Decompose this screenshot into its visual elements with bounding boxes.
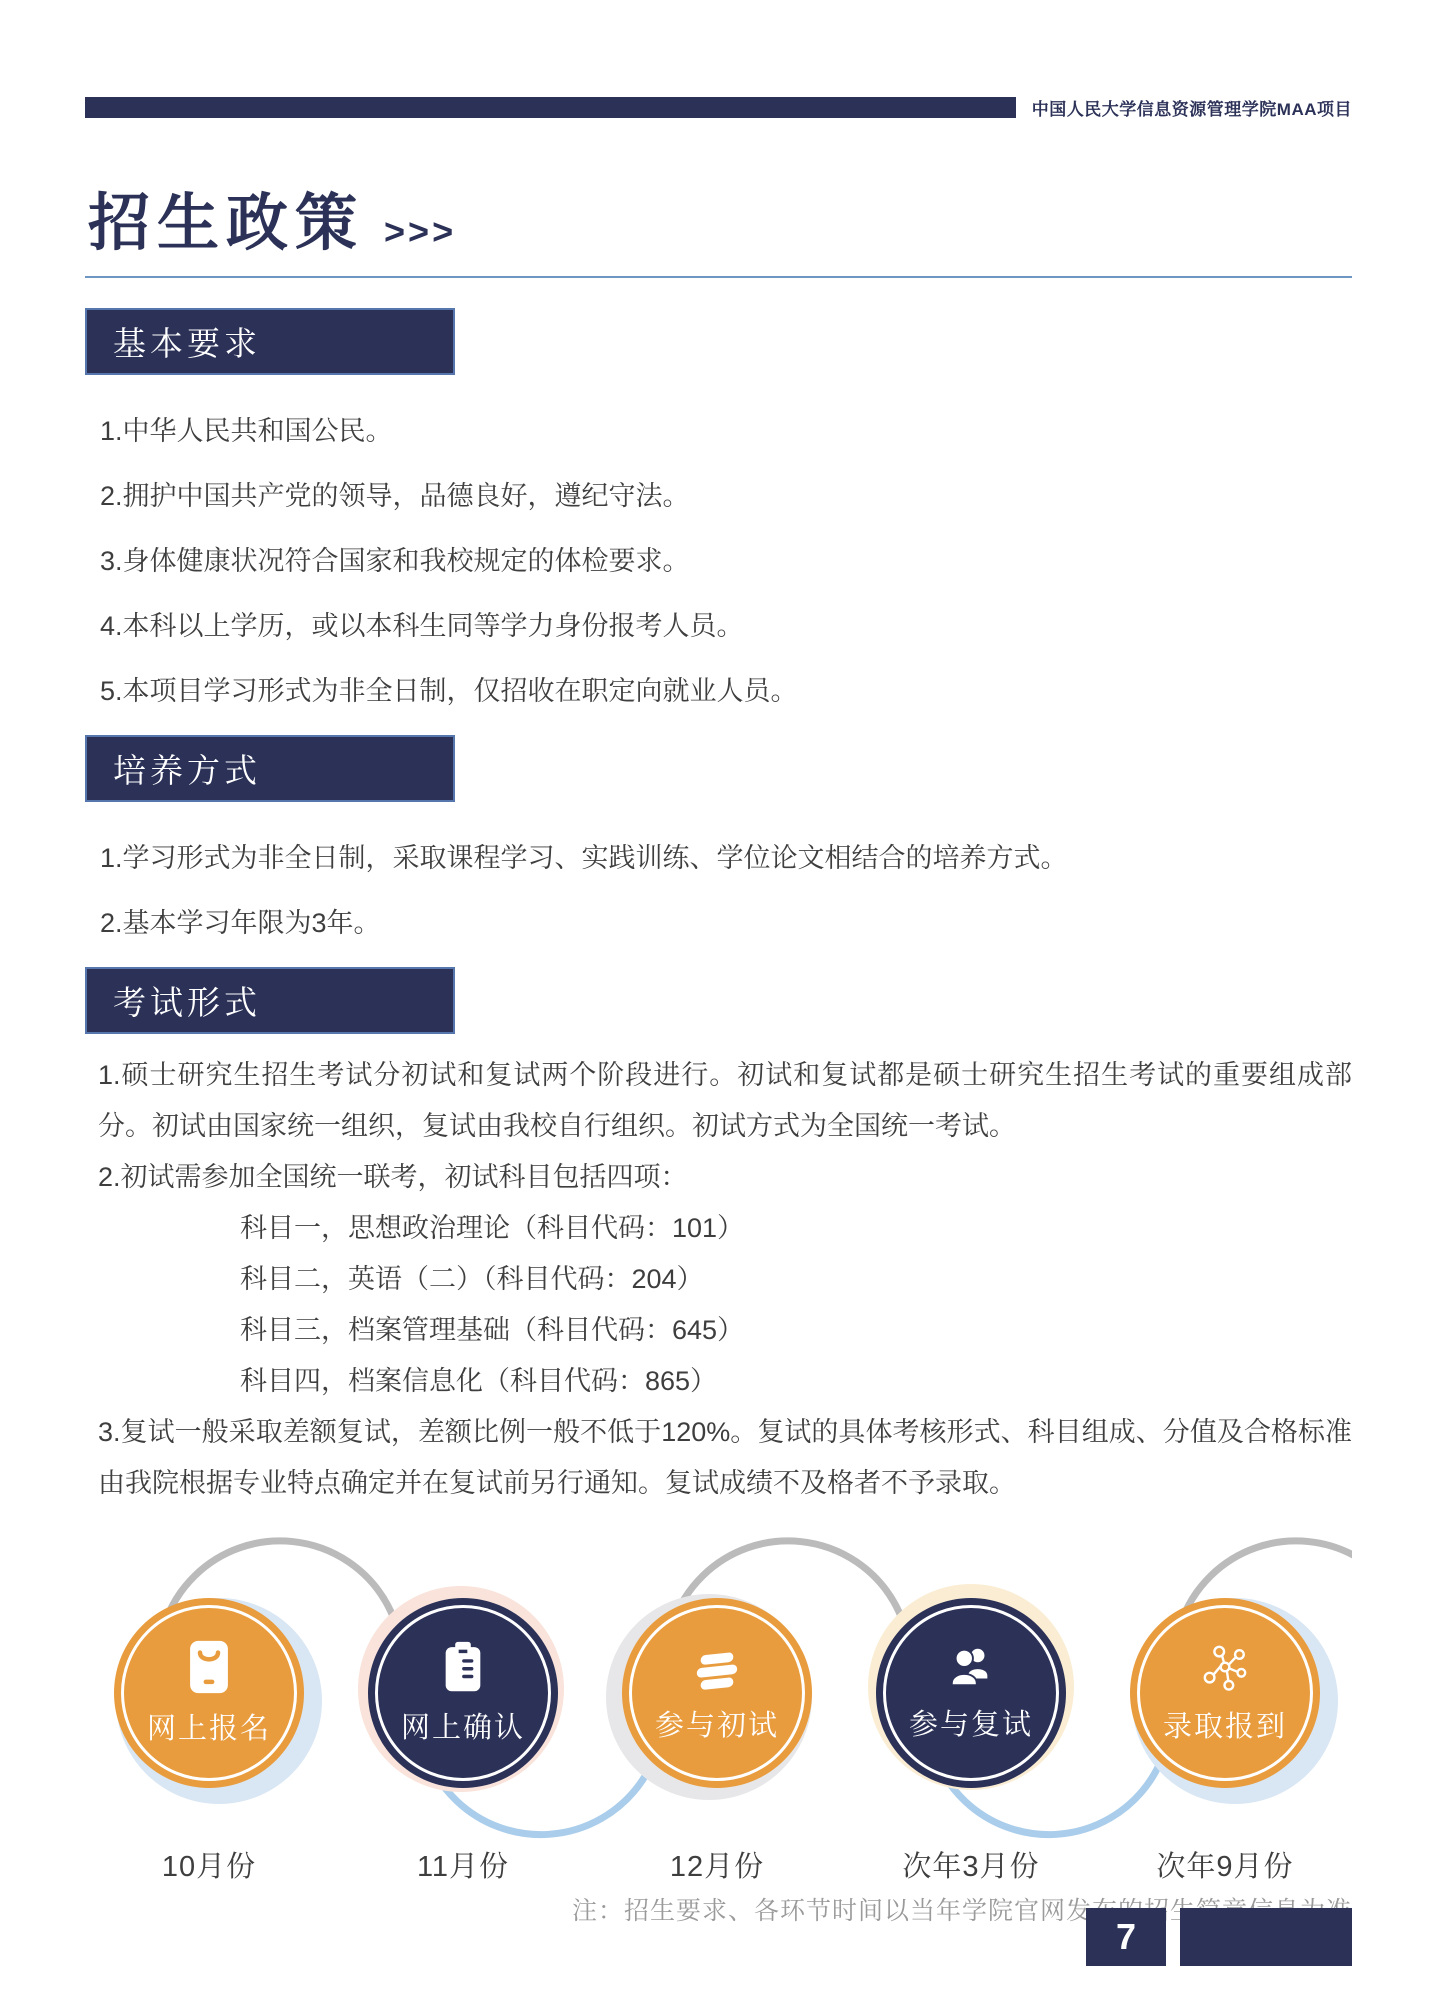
list-item: 5.本项目学习形式为非全日制，仅招收在职定向就业人员。 bbox=[100, 671, 1352, 711]
section-heading-label: 培养方式 bbox=[113, 745, 261, 792]
step-circle: 录取报到 bbox=[1130, 1598, 1320, 1788]
step-circle-wrap: 录取报到 bbox=[1130, 1598, 1320, 1788]
people-icon bbox=[946, 1644, 996, 1690]
step-circle: 网上报名 bbox=[114, 1598, 304, 1788]
list-item: 4.本科以上学历，或以本科生同等学力身份报考人员。 bbox=[100, 606, 1352, 646]
step-circle: 网上确认 bbox=[368, 1598, 558, 1788]
network-icon bbox=[1200, 1642, 1250, 1692]
exam-subject-line: 科目四，档案信息化（科目代码：865） bbox=[98, 1356, 1352, 1407]
step-circle: 参与初试 bbox=[622, 1598, 812, 1788]
list-item: 2.基本学习年限为3年。 bbox=[100, 903, 1352, 943]
step-month: 12月份 bbox=[670, 1844, 764, 1885]
phone-signup-icon bbox=[187, 1640, 231, 1694]
section-heading-exam-format: 考试形式 bbox=[85, 967, 455, 1034]
exam-subject-line: 科目二，英语（二）（科目代码：204） bbox=[98, 1254, 1352, 1305]
process-step-enrollment: 录取报到 次年9月份 bbox=[1098, 1535, 1352, 1885]
exam-subject-line: 科目三，档案管理基础（科目代码：645） bbox=[98, 1305, 1352, 1356]
exam-format-text: 1.硕士研究生招生考试分初试和复试两个阶段进行。初试和复试都是硕士研究生招生考试… bbox=[98, 1050, 1352, 1509]
page-title: 招生政策 bbox=[88, 190, 364, 258]
brochure-page: 中国人民大学信息资源管理学院MAA项目 招生政策 >>> 基本要求 1.中华人民… bbox=[0, 0, 1433, 2016]
section-heading-training-mode: 培养方式 bbox=[85, 735, 455, 802]
section-heading-label: 基本要求 bbox=[113, 318, 261, 365]
step-circle-wrap: 参与初试 bbox=[622, 1598, 812, 1788]
books-icon bbox=[692, 1643, 742, 1691]
admission-process-flow: 网上报名 10月份 bbox=[82, 1535, 1352, 1887]
header-rule bbox=[85, 97, 1016, 118]
section-heading-label: 考试形式 bbox=[113, 977, 261, 1024]
exam-subject-line: 科目一，思想政治理论（科目代码：101） bbox=[98, 1203, 1352, 1254]
list-item: 3.身体健康状况符合国家和我校规定的体检要求。 bbox=[100, 541, 1352, 581]
paragraph: 2.初试需参加全国统一联考，初试科目包括四项： bbox=[98, 1152, 1352, 1203]
page-title-row: 招生政策 >>> bbox=[88, 190, 1352, 258]
step-month: 11月份 bbox=[417, 1844, 509, 1885]
process-step-online-signup: 网上报名 10月份 bbox=[82, 1535, 336, 1885]
footer-bar bbox=[1180, 1908, 1352, 1966]
step-label: 网上报名 bbox=[147, 1706, 271, 1747]
paragraph: 1.硕士研究生招生考试分初试和复试两个阶段进行。初试和复试都是硕士研究生招生考试… bbox=[98, 1050, 1352, 1152]
list-item: 1.中华人民共和国公民。 bbox=[100, 411, 1352, 451]
section-heading-basic-requirements: 基本要求 bbox=[85, 308, 455, 375]
step-label: 录取报到 bbox=[1163, 1704, 1287, 1745]
step-label: 参与初试 bbox=[655, 1703, 779, 1744]
step-circle-wrap: 参与复试 bbox=[876, 1598, 1066, 1788]
page-number: 7 bbox=[1086, 1908, 1166, 1966]
step-circle-wrap: 网上报名 bbox=[114, 1598, 304, 1788]
paragraph: 3.复试一般采取差额复试，差额比例一般不低于120%。复试的具体考核形式、科目组… bbox=[98, 1407, 1352, 1509]
process-step-second-exam: 参与复试 次年3月份 bbox=[844, 1535, 1098, 1885]
step-month: 次年3月份 bbox=[902, 1844, 1039, 1885]
step-month: 10月份 bbox=[162, 1844, 256, 1885]
page-header: 中国人民大学信息资源管理学院MAA项目 bbox=[0, 0, 1433, 120]
title-chevrons-icon: >>> bbox=[384, 211, 456, 253]
process-step-first-exam: 参与初试 12月份 bbox=[590, 1535, 844, 1885]
process-step-online-confirm: 网上确认 11月份 bbox=[336, 1535, 590, 1885]
list-item: 2.拥护中国共产党的领导，品德良好，遵纪守法。 bbox=[100, 476, 1352, 516]
step-label: 参与复试 bbox=[909, 1702, 1033, 1743]
clipboard-icon bbox=[442, 1641, 484, 1693]
step-circle: 参与复试 bbox=[876, 1598, 1066, 1788]
page-footer: 7 bbox=[1086, 1908, 1352, 1966]
title-underline bbox=[85, 276, 1352, 278]
list-item: 1.学习形式为非全日制，采取课程学习、实践训练、学位论文相结合的培养方式。 bbox=[100, 838, 1352, 878]
process-steps: 网上报名 10月份 bbox=[82, 1535, 1352, 1885]
step-label: 网上确认 bbox=[401, 1705, 525, 1746]
step-circle-wrap: 网上确认 bbox=[368, 1598, 558, 1788]
header-project-label: 中国人民大学信息资源管理学院MAA项目 bbox=[1032, 95, 1352, 120]
step-month: 次年9月份 bbox=[1156, 1844, 1293, 1885]
